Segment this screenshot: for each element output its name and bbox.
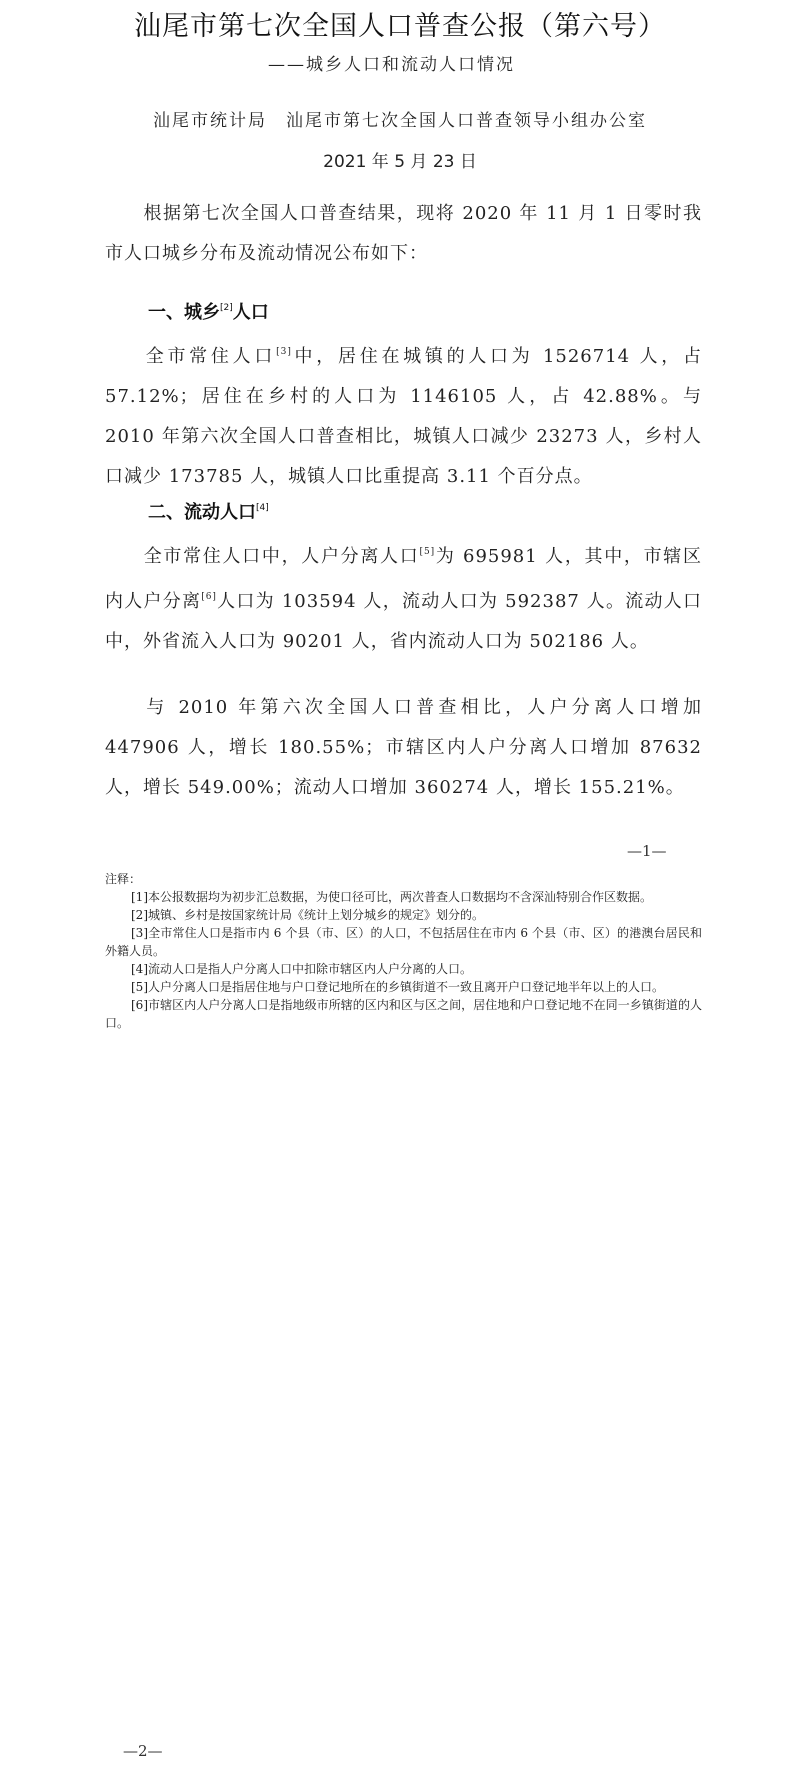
section-1-text-start: 全市常住人口 [143,346,276,367]
footnote-6: [6]市辖区内人户分离人口是指地级市所辖的区内和区与区之间，居住地和户口登记地不… [105,996,702,1032]
intro-paragraph: 根据第七次全国人口普查结果，现将 2020 年 11 月 1 日零时我市人口城乡… [105,194,702,274]
footnote-ref-4[interactable]: [4] [256,503,269,513]
section-2-heading: 二、流动人口[4] [148,498,269,524]
footnotes-label: 注释： [105,870,702,888]
section-2-paragraph-1: 全市常住人口中，人户分离人口[5]为 695981 人，其中，市辖区内人户分离[… [105,532,702,662]
section-2-paragraph-2: 与 2010 年第六次全国人口普查相比，人户分离人口增加 447906 人，增长… [105,688,702,808]
publish-date: 2021 年 5 月 23 日 [0,147,800,172]
footnote-4: [4]流动人口是指人户分离人口中扣除市辖区内人户分离的人口。 [105,960,702,978]
footnotes: 注释： [1]本公报数据均为初步汇总数据，为使口径可比，两次普查人口数据均不含深… [105,870,702,1032]
page-number-1: —1— [627,842,667,860]
footnote-ref-3[interactable]: [3] [276,347,292,357]
footnote-ref-6[interactable]: [6] [201,592,217,602]
section-2-heading-text: 二、流动人口 [148,502,256,523]
page-number-2: —2— [123,1742,163,1760]
document-subtitle: ——城乡人口和流动人口情况 [268,50,515,75]
intro-text: 根据第七次全国人口普查结果，现将 2020 年 11 月 1 日零时我市人口城乡… [105,203,702,264]
section-2-text-a: 全市常住人口中，人户分离人口 [143,546,419,567]
document-title: 汕尾市第七次全国人口普查公报（第六号） [0,4,800,43]
issuing-agencies: 汕尾市统计局 汕尾市第七次全国人口普查领导小组办公室 [0,106,800,131]
footnote-5: [5]人户分离人口是指居住地与户口登记地所在的乡镇街道不一致且离开户口登记地半年… [105,978,702,996]
footnote-ref-2[interactable]: [2] [220,303,233,313]
footnote-1: [1]本公报数据均为初步汇总数据，为使口径可比，两次普查人口数据均不含深汕特别合… [105,888,702,906]
section-1-text: 中，居住在城镇的人口为 1526714 人，占 57.12%；居住在乡村的人口为… [105,346,702,487]
footnote-ref-5[interactable]: [5] [419,547,435,557]
footnote-3: [3]全市常住人口是指市内 6 个县（市、区）的人口，不包括居住在市内 6 个县… [105,924,702,960]
section-1-heading-text-end: 人口 [233,302,269,323]
section-1-paragraph: 全市常住人口[3]中，居住在城镇的人口为 1526714 人，占 57.12%；… [105,332,702,497]
section-1-heading: 一、城乡[2]人口 [148,298,269,324]
footnote-2: [2]城镇、乡村是按国家统计局《统计上划分城乡的规定》划分的。 [105,906,702,924]
section-2-comparison-text: 与 2010 年第六次全国人口普查相比，人户分离人口增加 447906 人，增长… [105,697,702,798]
section-1-heading-text: 一、城乡 [148,302,220,323]
